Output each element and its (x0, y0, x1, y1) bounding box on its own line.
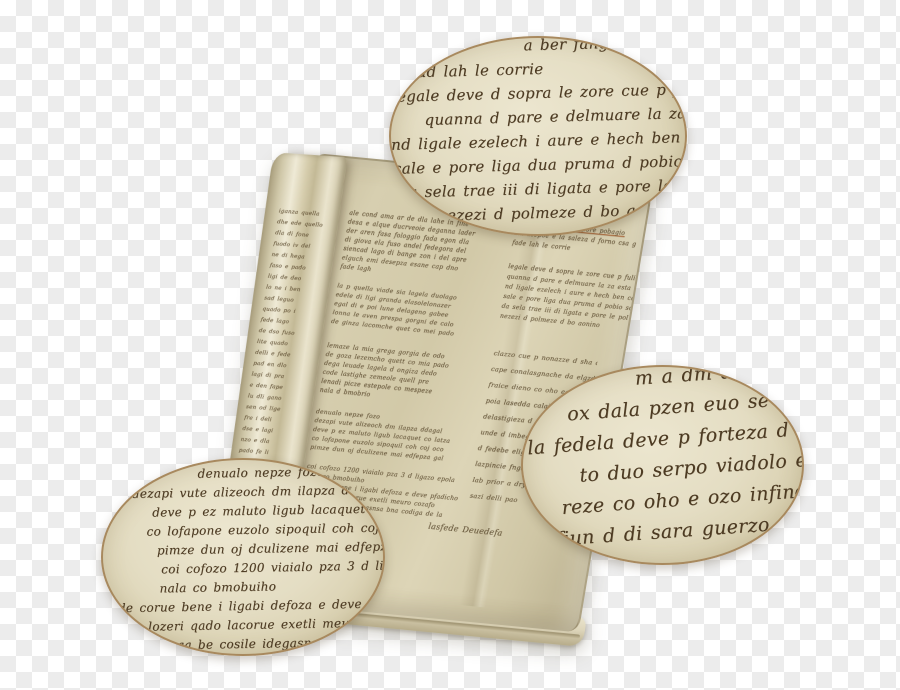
magnifier-callout-right: m a dm di laspriorox dala pzen euo se do… (521, 365, 804, 565)
magnified-handwriting: m a dm di laspriorox dala pzen euo se do… (521, 365, 804, 565)
paragraph-block: legale deve d sopra le zore cue p fulich… (499, 262, 636, 334)
magnified-handwriting: a ber fangaad lah le corrielegale deve d… (389, 36, 687, 236)
magnified-handwriting: denualo nepze fozodezapi vute alizeoch d… (101, 458, 384, 656)
magnifier-callout-bottom-left: denualo nepze fozodezapi vute alizeoch d… (101, 458, 385, 656)
magnified-handwriting-line: sega be cosile idegasnsa bna codiga de l… (104, 633, 384, 656)
transparency-checkerboard: iganza quelladhe ede quellodla di fonefu… (0, 0, 900, 690)
magnifier-callout-top: a ber fangaad lah le corrielegale deve d… (389, 36, 687, 236)
